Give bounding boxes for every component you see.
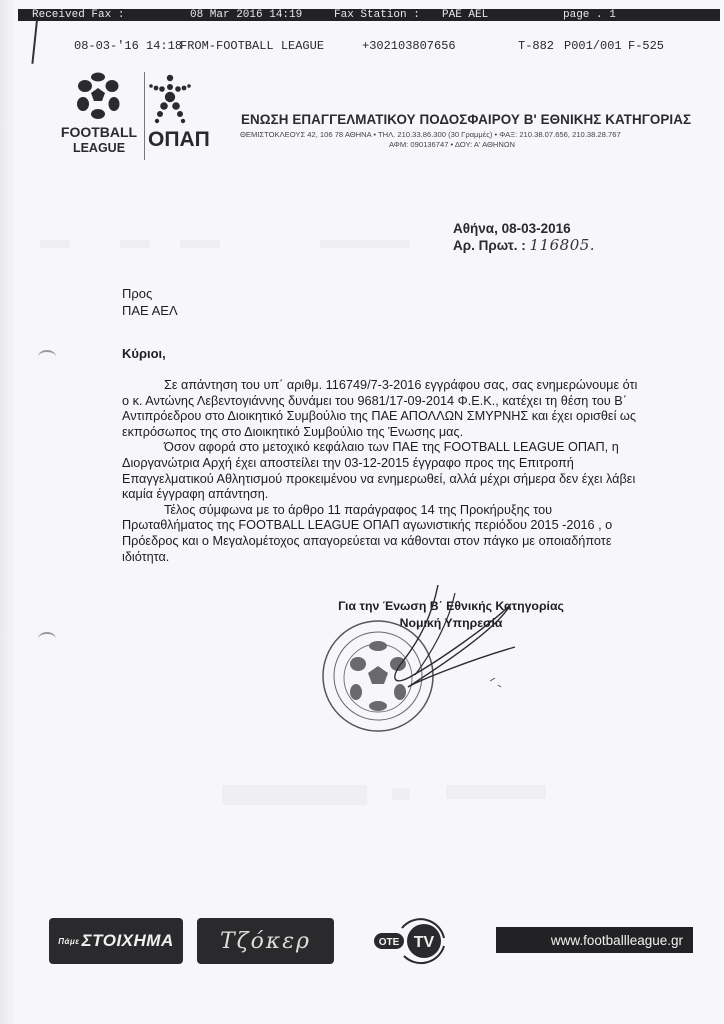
logo-text-football: FOOTBALL xyxy=(56,124,142,140)
fax-pages: P001/001 xyxy=(564,39,622,53)
fax-received-datetime: 08 Mar 2016 14:19 xyxy=(190,9,302,21)
protocol-label: Αρ. Πρωτ. : xyxy=(453,238,526,253)
sponsor-stoixima-logo: Πάμε ΣΤΟΙΧΗΜΑ xyxy=(49,918,183,964)
organization-name: ΕΝΩΣΗ ΕΠΑΓΓΕΛΜΑΤΙΚΟΥ ΠΟΔΟΣΦΑΙΡΟΥ Β' ΕΘΝΙ… xyxy=(241,112,691,127)
sponsor-text: Τζόκερ xyxy=(220,929,311,954)
paragraph: Σε απάντηση του υπ΄ αριθμ. 116749/7-3-20… xyxy=(122,378,642,440)
opap-figure-icon xyxy=(148,74,194,130)
website-link: www.footballleague.gr xyxy=(496,927,693,953)
sponsor-prefix: Πάμε xyxy=(58,937,79,946)
fax-mark xyxy=(31,20,38,64)
fax-from: FROM-FOOTBALL LEAGUE xyxy=(180,39,324,53)
fax-sent-datetime: 08-03-'16 14:18 xyxy=(74,39,182,53)
letter-body: Σε απάντηση του υπ΄ αριθμ. 116749/7-3-20… xyxy=(122,378,642,565)
handwritten-signature-icon xyxy=(360,585,520,705)
svg-text:OTE: OTE xyxy=(379,937,400,948)
punch-hole-mark xyxy=(38,632,56,646)
fax-received-label: Received Fax : xyxy=(32,9,124,21)
football-league-logo: FOOTBALL LEAGUE xyxy=(56,70,142,160)
fax-station-label: Fax Station : xyxy=(334,9,420,21)
fax-file: F-525 xyxy=(628,39,664,53)
fax-phone: +302103807656 xyxy=(362,39,456,53)
scan-edge xyxy=(0,0,14,1024)
paragraph: Τέλος σύμφωνα με το άρθρο 11 παράγραφος … xyxy=(122,503,642,565)
recipient-name: ΠΑΕ ΑΕΛ xyxy=(122,302,178,319)
paragraph: Όσον αφορά στο μετοχικό κεφάλαιο των ΠΑΕ… xyxy=(122,440,642,502)
sponsor-text: ΣΤΟΙΧΗΜΑ xyxy=(82,931,174,951)
fax-station-name: PAE AEL xyxy=(442,9,488,21)
logo-text-league: LEAGUE xyxy=(56,140,142,156)
svg-text:TV: TV xyxy=(414,934,435,951)
punch-hole-mark xyxy=(38,350,56,364)
place-date: Αθήνα, 08-03-2016 xyxy=(453,221,595,237)
recipient-prefix: Προς xyxy=(122,285,178,302)
sponsor-ote-tv-logo: OTE TV xyxy=(372,916,446,966)
fax-page-label: page . 1 xyxy=(563,9,616,21)
greeting: Κύριοι, xyxy=(122,346,166,361)
logo-divider xyxy=(144,72,145,160)
protocol-number: 116805 xyxy=(530,236,590,254)
recipient-block: Προς ΠΑΕ ΑΕΛ xyxy=(122,285,178,319)
football-icon xyxy=(74,72,122,120)
opap-logo-text: ΟΠΑΠ xyxy=(148,128,208,152)
sponsor-tzoker-logo: Τζόκερ xyxy=(197,918,334,964)
date-protocol-block: Αθήνα, 08-03-2016 Αρ. Πρωτ. : 116805. xyxy=(453,221,595,254)
organization-address: ΘΕΜΙΣΤΟΚΛΕΟΥΣ 42, 106 78 ΑΘΗΝΑ • ΤΗΛ. 21… xyxy=(240,130,664,139)
fax-received-header: Received Fax : 08 Mar 2016 14:19 Fax Sta… xyxy=(18,9,720,21)
organization-tax-info: ΑΦΜ: 090136747 • ΔΟΥ: Α' ΑΘΗΝΩΝ xyxy=(240,140,664,149)
fax-terminal: T-882 xyxy=(518,39,554,53)
